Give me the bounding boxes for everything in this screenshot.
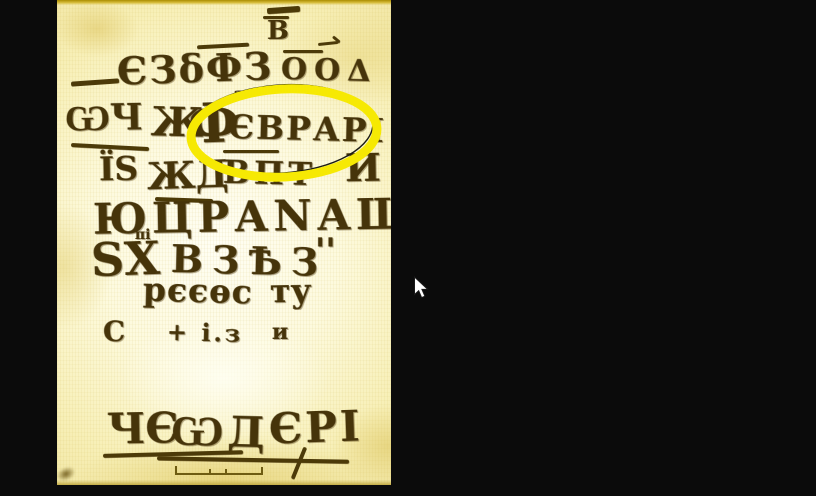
screen: В ЄЗδФЗ ООΔ ѠЧ Ж з Ф ЄВРАРІ ЇЅ ЖД ВПТ И … bbox=[0, 0, 816, 496]
top-letter: В bbox=[267, 18, 289, 44]
text-line-6b: ту bbox=[270, 274, 312, 308]
text-line-3c: ВПТ bbox=[223, 156, 317, 190]
scale-bar bbox=[175, 464, 263, 475]
text-line-3b: ЖД bbox=[146, 156, 229, 196]
text-line-3d: И bbox=[345, 149, 382, 188]
manuscript-photo[interactable]: В ЄЗδФЗ ООΔ ѠЧ Ж з Ф ЄВРАРІ ЇЅ ЖД ВПТ И … bbox=[57, 0, 391, 485]
scale-bar-tick bbox=[225, 469, 227, 475]
scale-bar-tick bbox=[175, 466, 177, 475]
text-line-8c: ЄРІ bbox=[268, 405, 363, 450]
page-top-edge bbox=[57, 0, 391, 5]
text-line-3a: ЇЅ bbox=[99, 152, 139, 186]
dash-stroke bbox=[71, 78, 119, 86]
text-line-8b: ѠД bbox=[170, 410, 269, 455]
mouse-cursor bbox=[408, 272, 434, 304]
pen-mark bbox=[318, 41, 338, 46]
titlo-stroke bbox=[283, 50, 323, 53]
text-line-7a: С bbox=[103, 318, 126, 347]
titlo-stroke bbox=[267, 6, 300, 14]
text-line-6a: рєєѳс bbox=[143, 273, 254, 309]
text-line-5c: '' bbox=[315, 234, 336, 268]
text-line-1b: ООΔ bbox=[281, 55, 378, 88]
titlo-stroke bbox=[223, 150, 279, 153]
scale-bar-tick bbox=[209, 469, 211, 475]
page-bottom-edge bbox=[57, 480, 391, 485]
text-line-2a: ѠЧ bbox=[65, 99, 144, 136]
scale-bar-line bbox=[175, 473, 263, 475]
circled-word-rest: ЄВРАРІ bbox=[228, 110, 387, 147]
text-line-7c: и bbox=[272, 321, 288, 343]
text-line-7b: + і.з bbox=[167, 320, 244, 346]
underline-stroke bbox=[157, 456, 349, 463]
scale-bar-tick bbox=[261, 467, 263, 475]
text-line-8a: ЧЄ bbox=[107, 407, 179, 450]
text-line-1a: ЄЗδФЗ bbox=[116, 47, 274, 90]
superscript-mark: пі bbox=[135, 228, 151, 242]
